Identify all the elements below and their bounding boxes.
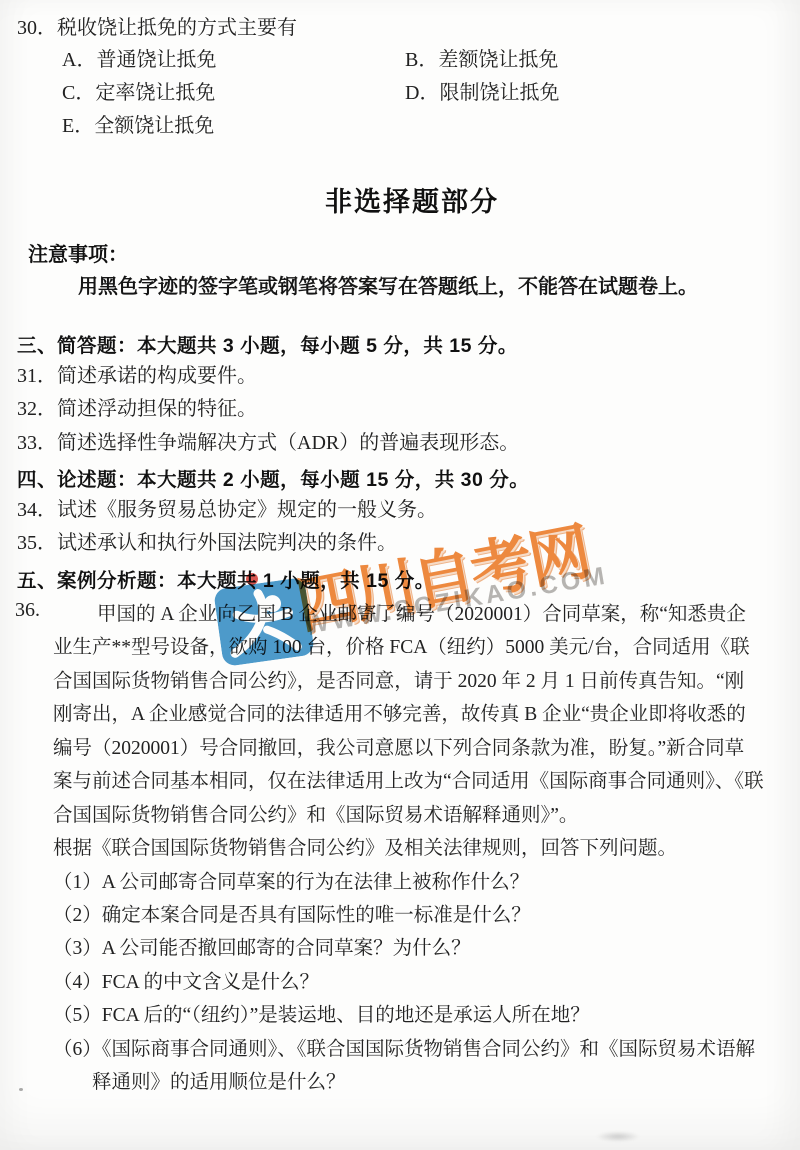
exam-paper-page: 30．税收饶让抵免的方式主要有 A．普通饶让抵免 B．差额饶让抵免 C．定率饶让… xyxy=(0,0,800,1150)
option-row: A．普通饶让抵免 B．差额饶让抵免 xyxy=(0,48,800,72)
question-34: 34．试述《服务贸易总协定》规定的一般义务。 xyxy=(17,498,437,522)
question-36-number: 36. xyxy=(15,599,40,622)
case-sub-question-6-wrap: 释通则》的适用顺位是什么？ xyxy=(53,1066,767,1099)
case-analysis-section-header: 五、案例分析题：本大题共 1 小题，共 15 分。 xyxy=(17,565,435,593)
case-sub-question-6: （6）《国际商事合同通则》、《联合国国际货物销售合同公约》和《国际贸易术语解 xyxy=(53,1033,767,1066)
option-e: E．全额饶让抵免 xyxy=(62,114,214,138)
case-sub-question-1: （1）A 公司邮寄合同草案的行为在法律上被称作什么？ xyxy=(53,866,767,899)
question-30-stem: 30．税收饶让抵免的方式主要有 xyxy=(17,16,297,40)
essay-section-header: 四、论述题：本大题共 2 小题，每小题 15 分，共 30 分。 xyxy=(17,464,529,492)
case-line: 编号（2020001）号合同撤回，我公司意愿以下列合同条款为准，盼复。”新合同草 xyxy=(53,732,767,765)
notice-label: 注意事项： xyxy=(28,238,128,267)
scan-smudge xyxy=(596,1131,640,1142)
question-36-body: 甲国的 A 企业向乙国 B 企业邮寄了编号（2020001）合同草案，称“知悉贵… xyxy=(53,598,767,1100)
scan-speck xyxy=(19,1088,23,1091)
case-sub-question-4: （4）FCA 的中文含义是什么？ xyxy=(53,966,767,999)
case-line: 案与前述合同基本相同，仅在法律适用上改为“合同适用《国际商事合同通则》、《联 xyxy=(53,765,767,798)
case-line: 合国国际货物销售合同公约》，是否同意，请于 2020 年 2 月 1 日前传真告… xyxy=(53,665,767,698)
section-title: 非选择题部分 xyxy=(0,180,800,219)
short-answer-section-header: 三、简答题：本大题共 3 小题，每小题 5 分，共 15 分。 xyxy=(17,330,518,358)
option-a: A．普通饶让抵免 xyxy=(62,48,216,72)
case-line: 根据《联合国国际货物销售合同公约》及相关法律规则，回答下列问题。 xyxy=(53,832,767,865)
option-b: B．差额饶让抵免 xyxy=(405,48,558,72)
case-sub-question-3: （3）A 公司能否撤回邮寄的合同草案？为什么？ xyxy=(53,932,767,965)
option-c: C．定率饶让抵免 xyxy=(62,81,215,105)
question-31: 31．简述承诺的构成要件。 xyxy=(17,364,257,388)
option-row: C．定率饶让抵免 D．限制饶让抵免 xyxy=(0,81,800,105)
case-sub-question-2: （2）确定本案合同是否具有国际性的唯一标准是什么？ xyxy=(53,899,767,932)
notice-text: 用黑色字迹的签字笔或钢笔将答案写在答题纸上，不能答在试题卷上。 xyxy=(78,270,698,299)
option-row: E．全额饶让抵免 xyxy=(0,114,800,138)
case-line: 合国国际货物销售合同公约》和《国际贸易术语解释通则》”。 xyxy=(53,799,767,832)
option-d: D．限制饶让抵免 xyxy=(405,81,559,105)
question-32: 32．简述浮动担保的特征。 xyxy=(17,397,257,421)
question-33: 33．简述选择性争端解决方式（ADR）的普遍表现形态。 xyxy=(17,431,519,455)
question-35: 35．试述承认和执行外国法院判决的条件。 xyxy=(17,531,397,555)
case-sub-question-5: （5）FCA 后的“（纽约）”是装运地、目的地还是承运人所在地？ xyxy=(53,999,767,1032)
case-line: 刚寄出，A 企业感觉合同的法律适用不够完善，故传真 B 企业“贵企业即将收悉的 xyxy=(53,698,767,731)
case-line: 业生产**型号设备，欲购 100 台，价格 FCA（纽约）5000 美元/台，合… xyxy=(53,631,767,664)
case-line: 甲国的 A 企业向乙国 B 企业邮寄了编号（2020001）合同草案，称“知悉贵… xyxy=(53,598,767,631)
